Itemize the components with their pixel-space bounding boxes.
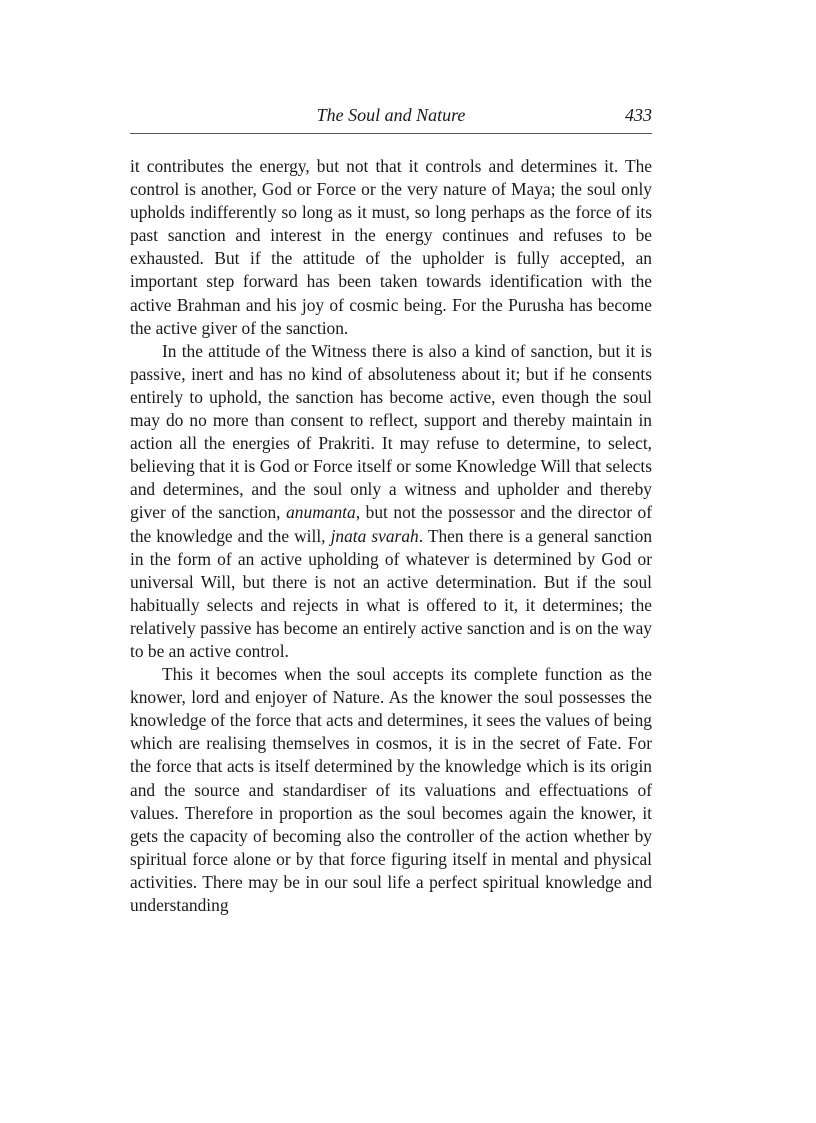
paragraph: In the attitude of the Witness there is … [130,340,652,663]
italic-term: jnata svarah [331,526,419,546]
chapter-title: The Soul and Nature [130,105,652,126]
body-text: it contributes the energy, but not that … [130,155,652,917]
text-run: This it becomes when the soul accepts it… [130,664,652,915]
page-number: 433 [625,105,652,126]
paragraph: This it becomes when the soul accepts it… [130,663,652,917]
running-head: The Soul and Nature 433 [130,103,652,131]
text-run: it contributes the energy, but not that … [130,156,652,338]
text-run: In the attitude of the Witness there is … [130,341,652,523]
paragraph: it contributes the energy, but not that … [130,155,652,340]
header-rule [130,133,652,134]
italic-term: anumanta [286,502,356,522]
book-page: The Soul and Nature 433 it contributes t… [0,0,816,1123]
